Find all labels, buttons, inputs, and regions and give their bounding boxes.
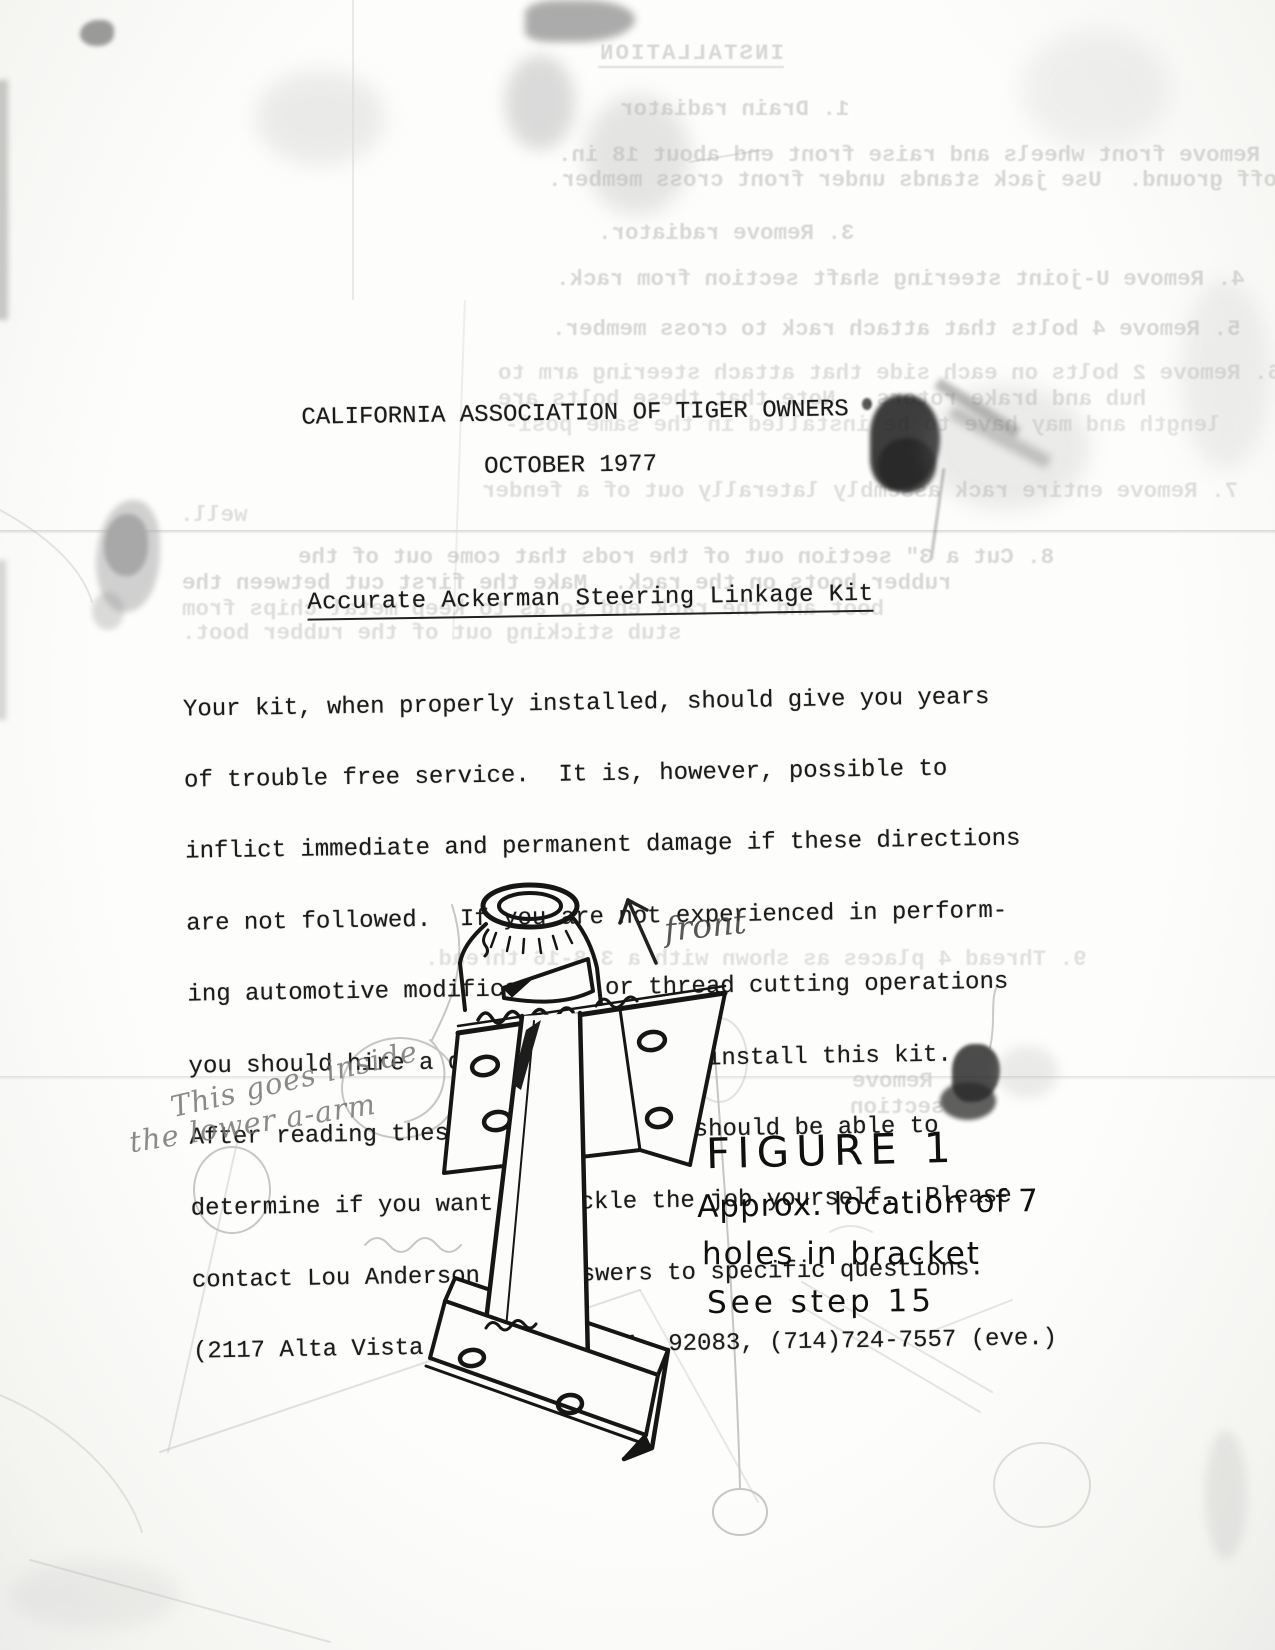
body-line: of trouble free service. It is, however,… — [184, 756, 1048, 793]
bracket-top-boss — [460, 885, 601, 1010]
typed-text-block: CALIFORNIA ASSOCIATION OF TIGER OWNERS O… — [136, 385, 1074, 905]
front-arrow-icon — [616, 893, 664, 971]
figure-caption-line: See step 15 — [707, 1283, 935, 1321]
organization-title: CALIFORNIA ASSOCIATION OF TIGER OWNERS — [301, 396, 849, 432]
figure-caption-line: Approx. location of 7 — [697, 1183, 1040, 1225]
scanned-document-page: INSTALLATION 1. Drain radiator 2. Remove… — [0, 0, 1275, 1650]
document-date: OCTOBER 1977 — [484, 451, 657, 481]
body-line: Your kit, when properly installed, shoul… — [183, 685, 1047, 722]
document-title: Accurate Ackerman Steering Linkage Kit — [307, 581, 874, 621]
figure-label: FIGURE 1 — [705, 1123, 958, 1179]
figure-caption-line: holes in bracket — [702, 1236, 981, 1272]
